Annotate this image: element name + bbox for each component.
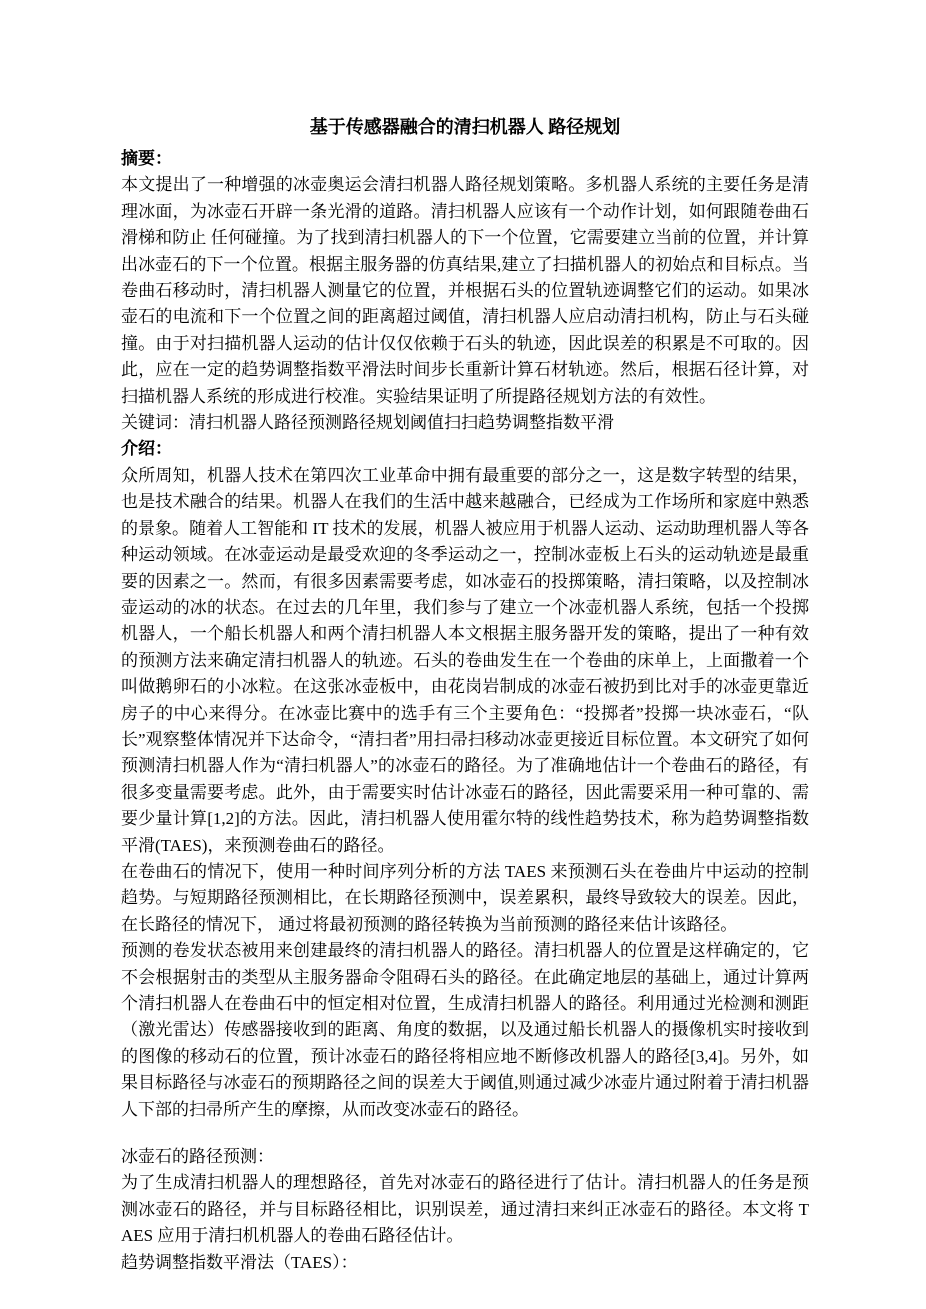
section-heading-taes: 趋势调整指数平滑法（TAES）：	[121, 1250, 809, 1276]
paper-title: 基于传感器融合的清扫机器人 路径规划	[121, 112, 809, 142]
keywords-line: 关键词：清扫机器人路径预测路径规划阈值扫扫趋势调整指数平滑	[121, 410, 809, 436]
introduction-paragraph-2: 在卷曲石的情况下，使用一种时间序列分析的方法 TAES 来预测石头在卷曲片中运动…	[121, 859, 809, 938]
section-heading-path-prediction: 冰壶石的路径预测：	[121, 1144, 809, 1170]
path-prediction-paragraph: 为了生成清扫机器人的理想路径，首先对冰壶石的路径进行了估计。清扫机器人的任务是预…	[121, 1170, 809, 1249]
introduction-paragraph-1: 众所周知，机器人技术在第四次工业革命中拥有最重要的部分之一，这是数字转型的结果，…	[121, 463, 809, 859]
section-gap	[121, 1123, 809, 1144]
introduction-paragraph-3: 预测的卷发状态被用来创建最终的清扫机器人的路径。清扫机器人的位置是这样确定的，它…	[121, 938, 809, 1123]
abstract-heading: 摘要：	[121, 146, 809, 172]
abstract-paragraph: 本文提出了一种增强的冰壶奥运会清扫机器人路径规划策略。多机器人系统的主要任务是清…	[121, 172, 809, 410]
document-content: 基于传感器融合的清扫机器人 路径规划 摘要： 本文提出了一种增强的冰壶奥运会清扫…	[121, 112, 809, 1276]
introduction-heading: 介绍：	[121, 436, 809, 462]
document-page: 基于传感器融合的清扫机器人 路径规划 摘要： 本文提出了一种增强的冰壶奥运会清扫…	[0, 0, 926, 1309]
